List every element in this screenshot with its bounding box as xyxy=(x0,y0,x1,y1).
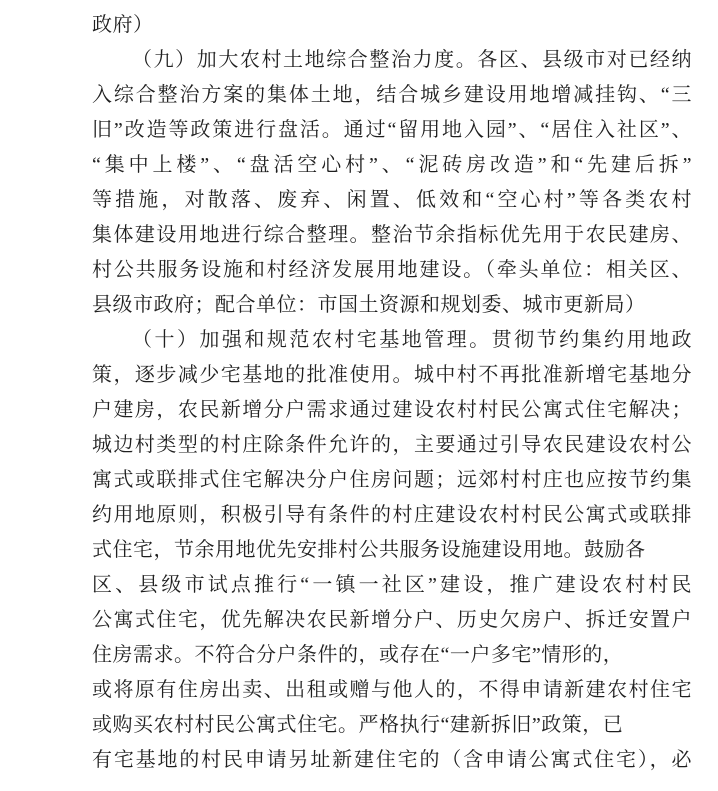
text-line: “集中上楼”、“盘活空心村”、“泥砖房改造”和“先建后拆” xyxy=(92,148,692,183)
document-page: 政府） （九）加大农村土地综合整治力度。各区、县级市对已经纳 入综合整治方案的集… xyxy=(0,0,718,791)
text-line: 式住宅，节余用地优先安排村公共服务设施建设用地。鼓励各 xyxy=(92,533,692,568)
text-line: 旧”改造等政策进行盘活。通过“留用地入园”、“居住入社区”、 xyxy=(92,113,692,148)
text-line: 或将原有住房出卖、出租或赠与他人的，不得申请新建农村住宅 xyxy=(92,673,692,708)
text-line: （九）加大农村土地综合整治力度。各区、县级市对已经纳 xyxy=(92,43,692,78)
text-line: 约用地原则，积极引导有条件的村庄建设农村村民公寓式或联排 xyxy=(92,498,692,533)
text-line: 寓式或联排式住宅解决分户住房问题；远郊村村庄也应按节约集 xyxy=(92,463,692,498)
text-line: 政府） xyxy=(92,8,692,43)
text-line: 入综合整治方案的集体土地，结合城乡建设用地增减挂钩、“三 xyxy=(92,78,692,113)
text-line: 城边村类型的村庄除条件允许的，主要通过引导农民建设农村公 xyxy=(92,428,692,463)
text-line: 户建房，农民新增分户需求通过建设农村村民公寓式住宅解决； xyxy=(92,393,692,428)
text-line: 或购买农村村民公寓式住宅。严格执行“建新拆旧”政策，已 xyxy=(92,708,692,743)
text-line: 区、县级市试点推行“一镇一社区”建设，推广建设农村村民 xyxy=(92,568,692,603)
text-line: 集体建设用地进行综合整理。整治节余指标优先用于农民建房、 xyxy=(92,218,692,253)
text-line: 住房需求。不符合分户条件的，或存在“一户多宅”情形的， xyxy=(92,638,692,673)
text-line: 村公共服务设施和村经济发展用地建设。（牵头单位：相关区、 xyxy=(92,253,692,288)
text-line: 有宅基地的村民申请另址新建住宅的（含申请公寓式住宅），必 xyxy=(92,743,692,778)
text-line: 等措施，对散落、废弃、闲置、低效和“空心村”等各类农村 xyxy=(92,183,692,218)
text-line: （十）加强和规范农村宅基地管理。贯彻节约集约用地政 xyxy=(92,323,692,358)
text-line: 县级市政府；配合单位：市国土资源和规划委、城市更新局） xyxy=(92,288,692,323)
text-line: 公寓式住宅，优先解决农民新增分户、历史欠房户、拆迁安置户 xyxy=(92,603,692,638)
text-line: 策，逐步减少宅基地的批准使用。城中村不再批准新增宅基地分 xyxy=(92,358,692,393)
